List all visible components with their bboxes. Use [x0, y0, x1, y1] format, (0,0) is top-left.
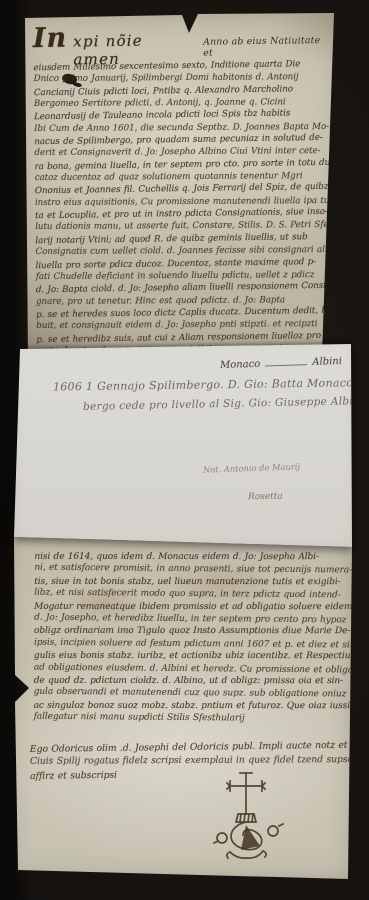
slip-heading-left: Monaco	[220, 359, 261, 371]
slip-notary-note: Not. Antonio de Maurij	[203, 461, 300, 474]
manuscript-line: gulis eius bonis stabz. iuribz, et actio…	[34, 650, 338, 663]
slip-heading: Monaco Albini	[220, 356, 342, 371]
manuscript-line: fallegatur nisi manu supdicti Stilis Sfe…	[34, 711, 338, 726]
manuscript-line: libz, et nisi satisfecerit modo quo supr…	[34, 587, 338, 602]
archival-slip: Monaco Albini 1606 1 Gennajo Spilimbergo…	[8, 336, 360, 554]
slip-notary-note: Rosetta	[248, 492, 283, 503]
bottom-text-block: nisi de 1614, quos idem d. Monacus eidem…	[34, 550, 339, 725]
chrismon-initial: In	[33, 24, 68, 54]
manuscript-line: gula obseruandi et manutenendi cuz quo s…	[34, 686, 338, 701]
heading-dash	[265, 364, 307, 366]
manuscript-photo: nisi de 1614, quos idem d. Monacus eidem…	[0, 0, 369, 900]
manuscript-line: ni, et satisfacere promisit, in anno pra…	[34, 562, 338, 577]
notary-signum-icon	[210, 768, 285, 868]
manuscript-upper-sheet: In xpi nõie amen Anno ab eius Natiuitate…	[10, 8, 350, 355]
archival-slip-wrap: Monaco Albini 1606 1 Gennajo Spilimbergo…	[8, 336, 360, 554]
slip-heading-right: Albini	[312, 356, 342, 368]
slip-summary-line: 1606 1 Gennajo Spilimbergo. D. Gio: Batt…	[53, 375, 369, 393]
manuscript-lower-sheet: nisi de 1614, quos idem d. Monacus eidem…	[5, 530, 355, 882]
manuscript-line: obligz ordinariam imo Tigulo quoz Insto …	[34, 625, 338, 638]
slip-summary-line: bergo cede pro livello al Sig. Gio: Gius…	[83, 395, 364, 413]
invocation-continuation: Anno ab eius Natiuitate et	[203, 35, 333, 59]
top-text-block: eiusdem Millesimo sexcentesimo sexto, In…	[33, 58, 334, 357]
